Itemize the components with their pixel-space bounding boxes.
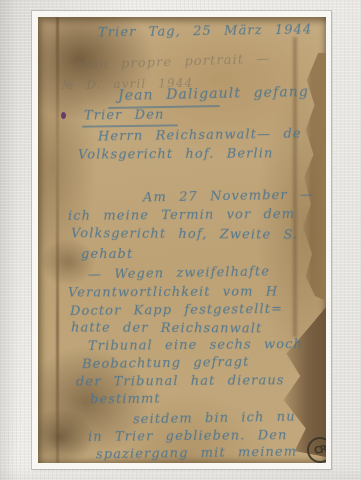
letter-line: gehabt — [81, 248, 133, 262]
letter-line-addressee-2: Volksgericht hof. Berlin — [78, 147, 274, 162]
letter-line: Doctor Kapp festgestellt= — [70, 303, 283, 319]
photo-of-handwritten-letter: Trier Tag, 25 März 1944 Mon propre portr… — [0, 0, 361, 480]
underline-stroke — [82, 124, 178, 127]
letter-line: Beobachtung gefragt — [82, 356, 250, 372]
letter-line: der Tribunal hat dieraus — [76, 374, 285, 389]
letter-line: bestimmt — [90, 393, 161, 408]
mat-window-bevel: Trier Tag, 25 März 1944 Mon propre portr… — [32, 11, 331, 469]
letter-line-addressee: Herrn Reichsanwalt— de — [98, 128, 302, 145]
letter-paper: Trier Tag, 25 März 1944 Mon propre portr… — [38, 17, 326, 463]
letter-line: Am 27 November — — [143, 189, 314, 206]
letter-line-sender-name: Jean Daligault gefang — [118, 85, 309, 103]
letter-line-date: Trier Tag, 25 März 1944 — [98, 24, 313, 41]
letter-line: — Wegen zweifelhafte — [88, 265, 270, 282]
letter-line: ich meine Termin vor dem — [68, 208, 295, 224]
letter-line: Verantwortlichkeit vom H — [68, 285, 278, 300]
letter-line: Tribunal eine sechs woch — [88, 338, 303, 354]
letter-line: seitdem bin ich nu — [133, 411, 296, 428]
paper-crease-left — [56, 17, 59, 463]
letter-line: Volksgericht hof, Zweite S. — [71, 227, 298, 243]
letter-line-pencil-french: Mon propre portrait — — [76, 53, 271, 74]
letter-line: in Trier geblieben. Den — [88, 429, 288, 445]
violet-ink-dot — [61, 112, 66, 119]
letter-line-sender-place: Trier Den — [84, 109, 165, 124]
letter-line: hatte der Reichsanwalt — [71, 321, 262, 336]
letter-line: spaziergang mit meinem — [96, 446, 297, 463]
